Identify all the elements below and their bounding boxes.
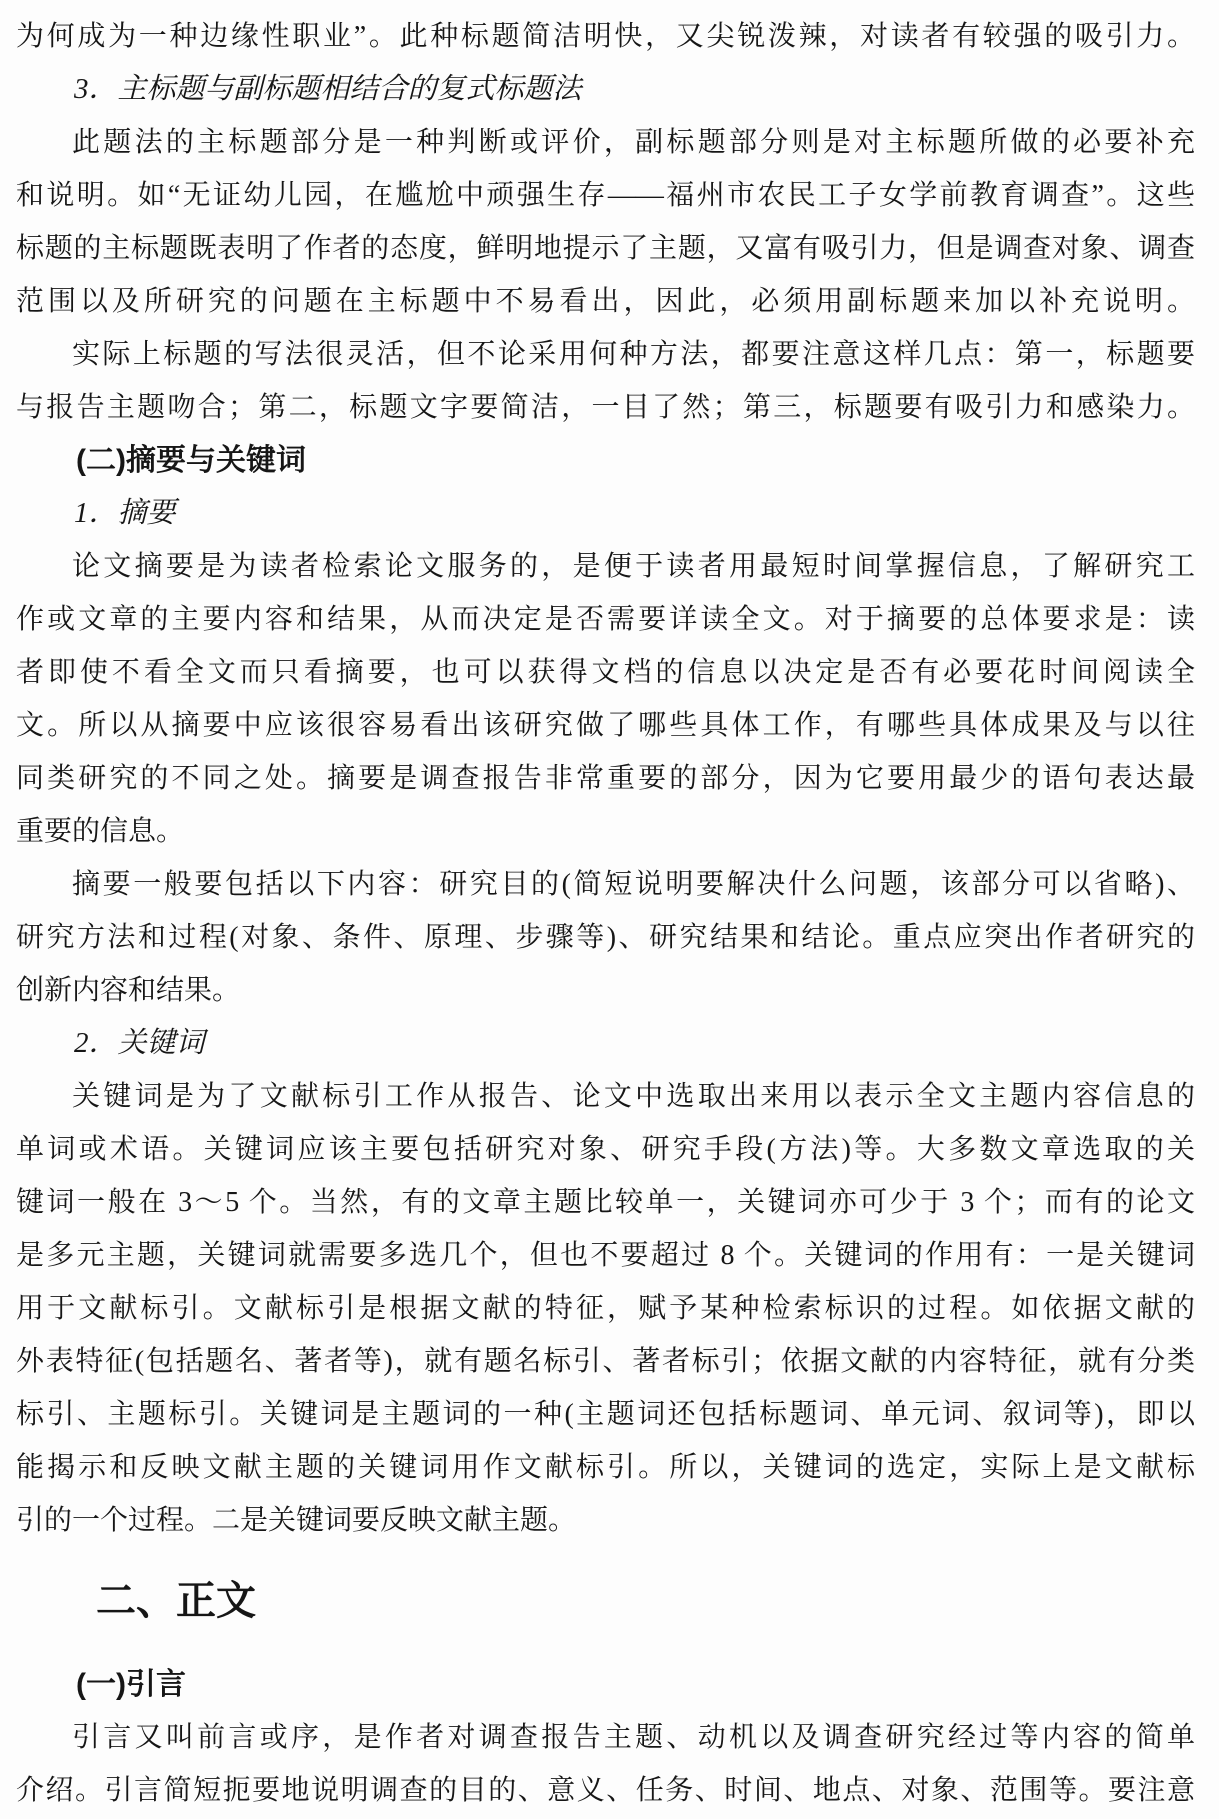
body-line: 研究方法和过程(对象、条件、原理、步骤等)、研究结果和结论。重点应突出作者研究的	[16, 911, 1195, 964]
body-line: 范围以及所研究的问题在主标题中不易看出，因此，必须用副标题来加以补充说明。	[16, 275, 1195, 328]
body-line: 引的一个过程。二是关键词要反映文献主题。	[16, 1494, 1195, 1547]
body-line: 用于文献标引。文献标引是根据文献的特征，赋予某种检索标识的过程。如依据文献的	[16, 1282, 1195, 1335]
document-page: 为何成为一种边缘性职业”。此种标题简洁明快，又尖锐泼辣，对读者有较强的吸引力。 …	[0, 0, 1219, 1819]
body-line: 文。所以从摘要中应该很容易看出该研究做了哪些具体工作，有哪些具体成果及与以往	[16, 699, 1195, 752]
body-line: 论文摘要是为读者检索论文服务的，是便于读者用最短时间掌握信息，了解研究工	[16, 540, 1195, 593]
body-line: 摘要一般要包括以下内容：研究目的(简短说明要解决什么问题，该部分可以省略)、	[16, 858, 1195, 911]
body-line: 为何成为一种边缘性职业”。此种标题简洁明快，又尖锐泼辣，对读者有较强的吸引力。	[16, 10, 1195, 63]
numbered-subheading: 1．摘要	[16, 487, 1195, 540]
chapter-heading: 二、正文	[16, 1575, 1195, 1628]
section-heading: (一)引言	[16, 1658, 1195, 1711]
body-line: 介绍。引言简短扼要地说明调查的目的、意义、任务、时间、地点、对象、范围等。要注意	[16, 1764, 1195, 1817]
body-line: 外表特征(包括题名、著者等)，就有题名标引、著者标引；依据文献的内容特征，就有分…	[16, 1335, 1195, 1388]
section-heading: (二)摘要与关键词	[16, 434, 1195, 487]
numbered-subheading: 3．主标题与副标题相结合的复式标题法	[16, 63, 1195, 116]
body-line: 此题法的主标题部分是一种判断或评价，副标题部分则是对主标题所做的必要补充	[16, 116, 1195, 169]
body-line: 是多元主题，关键词就需要多选几个，但也不要超过 8 个。关键词的作用有：一是关键…	[16, 1229, 1195, 1282]
body-line: 实际上标题的写法很灵活，但不论采用何种方法，都要注意这样几点：第一，标题要	[16, 328, 1195, 381]
body-line: 同类研究的不同之处。摘要是调查报告非常重要的部分，因为它要用最少的语句表达最	[16, 752, 1195, 805]
body-line: 与报告主题吻合；第二，标题文字要简洁，一目了然；第三，标题要有吸引力和感染力。	[16, 381, 1195, 434]
body-line: 标题的主标题既表明了作者的态度，鲜明地提示了主题，又富有吸引力，但是调查对象、调…	[16, 222, 1195, 275]
body-line: 标引、主题标引。关键词是主题词的一种(主题词还包括标题词、单元词、叙词等)，即以	[16, 1388, 1195, 1441]
body-line: 关键词是为了文献标引工作从报告、论文中选取出来用以表示全文主题内容信息的	[16, 1070, 1195, 1123]
body-line: 引言又叫前言或序，是作者对调查报告主题、动机以及调查研究经过等内容的简单	[16, 1711, 1195, 1764]
body-line: 者即使不看全文而只看摘要，也可以获得文档的信息以决定是否有必要花时间阅读全	[16, 646, 1195, 699]
body-line: 创新内容和结果。	[16, 964, 1195, 1017]
body-line: 重要的信息。	[16, 805, 1195, 858]
body-line: 单词或术语。关键词应该主要包括研究对象、研究手段(方法)等。大多数文章选取的关	[16, 1123, 1195, 1176]
body-line: 和说明。如“无证幼儿园，在尴尬中顽强生存——福州市农民工子女学前教育调查”。这些	[16, 169, 1195, 222]
numbered-subheading: 2．关键词	[16, 1017, 1195, 1070]
body-line: 作或文章的主要内容和结果，从而决定是否需要详读全文。对于摘要的总体要求是：读	[16, 593, 1195, 646]
body-line: 能揭示和反映文献主题的关键词用作文献标引。所以，关键词的选定，实际上是文献标	[16, 1441, 1195, 1494]
body-line: 键词一般在 3～5 个。当然，有的文章主题比较单一，关键词亦可少于 3 个；而有…	[16, 1176, 1195, 1229]
